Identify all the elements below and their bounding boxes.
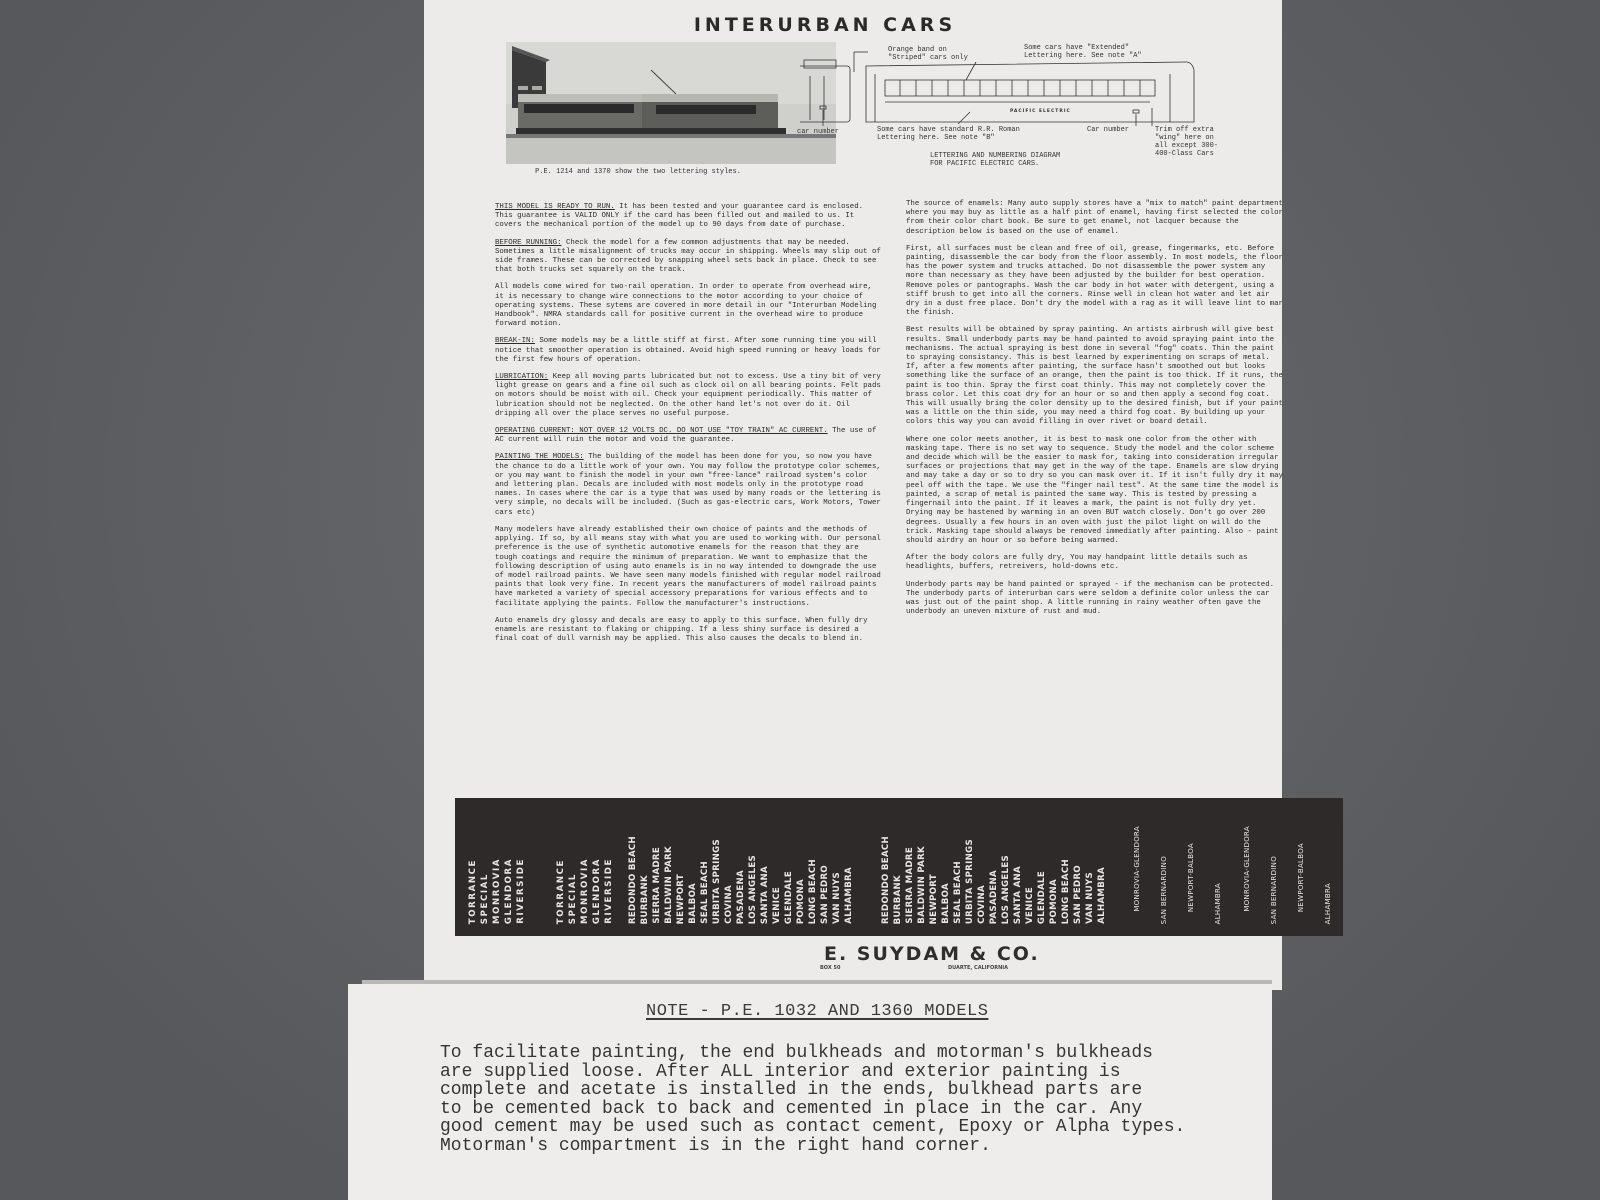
- decal-name: NEWPORT: [928, 874, 940, 924]
- decal-name: GLENDORA: [503, 858, 515, 924]
- decal-name: LOS ANGELES: [1000, 855, 1012, 924]
- label-trim-wing: Trim off extra "wing" here on all except…: [1155, 126, 1218, 158]
- paragraph: Best results will be obtained by spray p…: [906, 326, 1286, 427]
- paragraph: After the body colors are fully dry, You…: [906, 554, 1286, 572]
- decal-name: POMONA: [795, 879, 807, 924]
- paragraph-heading: BEFORE RUNNING:: [495, 239, 562, 247]
- decal-name: SAN PEDRO: [1072, 865, 1084, 924]
- decal-name: TORRANCE: [555, 859, 567, 924]
- decal-name: RIVERSIDE: [515, 858, 527, 924]
- decal-name: SANTA ANA: [759, 866, 771, 924]
- decal-name: GLENDALE: [783, 871, 795, 924]
- label-side-car-number: Car number: [1087, 126, 1129, 134]
- paragraph: PAINTING THE MODELS: The building of the…: [495, 453, 885, 517]
- decal-name: MONROVIA-GLENDORA: [1131, 826, 1158, 912]
- decal-name: SPECIAL: [479, 873, 491, 924]
- decal-name: GLENDALE: [1036, 871, 1048, 924]
- decal-name: NEWPORT-BALBOA: [1295, 843, 1322, 912]
- label-orange-band: Orange band on "Striped" cars only: [888, 46, 968, 62]
- decal-name: RIVERSIDE: [603, 858, 615, 924]
- decal-name: ALHAMBRA: [1322, 883, 1343, 924]
- paragraph: First, all surfaces must be clean and fr…: [906, 245, 1286, 319]
- decal-name: URBITA SPRINGS: [711, 839, 723, 924]
- paragraph: THIS MODEL IS READY TO RUN. It has been …: [495, 203, 885, 231]
- decal-name: SPECIAL: [567, 873, 579, 924]
- paragraph: BREAK-IN: Some models may be a little st…: [495, 337, 885, 365]
- decal-name: SANTA ANA: [1012, 866, 1024, 924]
- decal-name: SAN BERNARDINO: [1158, 856, 1185, 924]
- sheet-title: INTERURBAN CARS: [0, 14, 1600, 36]
- decal-group: MONROVIA-GLENDORASAN BERNARDINONEWPORT-B…: [1131, 826, 1239, 924]
- brand-box: BOX 50: [820, 965, 840, 971]
- paragraph: The source of enamels: Many auto supply …: [906, 200, 1286, 237]
- decal-name: ALHAMBRA: [1212, 883, 1239, 924]
- decal-name: REDONDO BEACH: [880, 836, 892, 924]
- left-column: THIS MODEL IS READY TO RUN. It has been …: [495, 203, 885, 652]
- decal-name: SAN PEDRO: [819, 865, 831, 924]
- decal-name: BALDWIN PARK: [916, 846, 928, 924]
- paragraph: Many modelers have already established t…: [495, 526, 885, 609]
- decal-name: SIERRA MADRE: [904, 847, 916, 924]
- decal-name: GLENDORA: [591, 858, 603, 924]
- decal-name: URBITA SPRINGS: [964, 839, 976, 924]
- decal-name: POMONA: [1048, 879, 1060, 924]
- decal-name: TORRANCE: [467, 859, 479, 924]
- decal-name: COVINA: [976, 885, 988, 924]
- decal-name: PASADENA: [988, 870, 1000, 924]
- paragraph: All models come wired for two-rail opera…: [495, 283, 885, 329]
- decal-name: REDONDO BEACH: [627, 836, 639, 924]
- decal-name: BALBOA: [687, 883, 699, 924]
- svg-text:PACIFIC ELECTRIC: PACIFIC ELECTRIC: [1010, 108, 1071, 114]
- decal-name: VAN NUYS: [1084, 872, 1096, 924]
- label-roman-lettering: Some cars have standard R.R. Roman Lette…: [877, 126, 1020, 142]
- brand-city: DUARTE, CALIFORNIA: [948, 965, 1008, 971]
- decal-name: LONG BEACH: [807, 859, 819, 924]
- decal-name: VAN NUYS: [831, 872, 843, 924]
- paragraph: LUBRICATION: Keep all moving parts lubri…: [495, 373, 885, 419]
- decal-name: MONROVIA: [579, 858, 591, 924]
- decal-group: REDONDO BEACHBURBANKSIERRA MADREBALDWIN …: [627, 836, 855, 924]
- decal-name: BURBANK: [639, 875, 651, 924]
- decal-name: SEAL BEACH: [952, 861, 964, 924]
- decal-name: MONROVIA: [491, 858, 503, 924]
- paragraph: OPERATING CURRENT: NOT OVER 12 VOLTS DC.…: [495, 427, 885, 445]
- decal-name: SAN BERNARDINO: [1268, 856, 1295, 924]
- paragraph-heading: PAINTING THE MODELS:: [495, 453, 584, 461]
- decal-name: ALHAMBRA: [1096, 867, 1108, 924]
- decal-name: MONROVIA-GLENDORA: [1241, 826, 1268, 912]
- label-end-car-number: car number: [797, 128, 839, 136]
- paragraph: BEFORE RUNNING: Check the model for a fe…: [495, 239, 885, 276]
- paragraph-heading: THIS MODEL IS READY TO RUN.: [495, 203, 615, 211]
- interurban-photo: [506, 42, 836, 164]
- paragraph-heading: OPERATING CURRENT: NOT OVER 12 VOLTS DC.…: [495, 427, 828, 435]
- decal-group: TORRANCESPECIALMONROVIAGLENDORARIVERSIDE: [555, 858, 615, 924]
- decal-name: SIERRA MADRE: [651, 847, 663, 924]
- paragraph-heading: BREAK-IN:: [495, 337, 535, 345]
- photo-caption: P.E. 1214 and 1370 show the two letterin…: [488, 168, 788, 176]
- decal-name: VENICE: [771, 887, 783, 924]
- note-body: To facilitate painting, the end bulkhead…: [440, 1044, 1260, 1155]
- note-title: NOTE - P.E. 1032 AND 1360 MODELS: [646, 1002, 988, 1021]
- paragraph: Where one color meets another, it is bes…: [906, 436, 1286, 546]
- decal-name: BURBANK: [892, 875, 904, 924]
- decal-name: NEWPORT-BALBOA: [1185, 843, 1212, 912]
- label-extended-lettering: Some cars have "Extended" Lettering here…: [1024, 44, 1142, 60]
- decal-name: COVINA: [723, 885, 735, 924]
- note-sheet: NOTE - P.E. 1032 AND 1360 MODELS To faci…: [348, 984, 1272, 1200]
- decal-name: LONG BEACH: [1060, 859, 1072, 924]
- paragraph: Underbody parts may be hand painted or s…: [906, 581, 1286, 618]
- decal-name: VENICE: [1024, 887, 1036, 924]
- paragraph: Auto enamels dry glossy and decals are e…: [495, 617, 885, 645]
- decal-name: BALBOA: [940, 883, 952, 924]
- diagram-caption: LETTERING AND NUMBERING DIAGRAM FOR PACI…: [930, 152, 1060, 168]
- paragraph-heading: LUBRICATION:: [495, 373, 548, 381]
- decal-name: SEAL BEACH: [699, 861, 711, 924]
- decal-sheet: TORRANCESPECIALMONROVIAGLENDORARIVERSIDE…: [455, 798, 1343, 936]
- decal-group: TORRANCESPECIALMONROVIAGLENDORARIVERSIDE: [467, 858, 527, 924]
- brand-name: E. SUYDAM & CO.: [824, 943, 1040, 965]
- right-column: The source of enamels: Many auto supply …: [906, 200, 1286, 625]
- decal-name: PASADENA: [735, 870, 747, 924]
- decal-name: BALDWIN PARK: [663, 846, 675, 924]
- decal-name: NEWPORT: [675, 874, 687, 924]
- decal-name: ALHAMBRA: [843, 867, 855, 924]
- decal-group: REDONDO BEACHBURBANKSIERRA MADREBALDWIN …: [880, 836, 1108, 924]
- decal-group: MONROVIA-GLENDORASAN BERNARDINONEWPORT-B…: [1241, 826, 1343, 924]
- decal-name: LOS ANGELES: [747, 855, 759, 924]
